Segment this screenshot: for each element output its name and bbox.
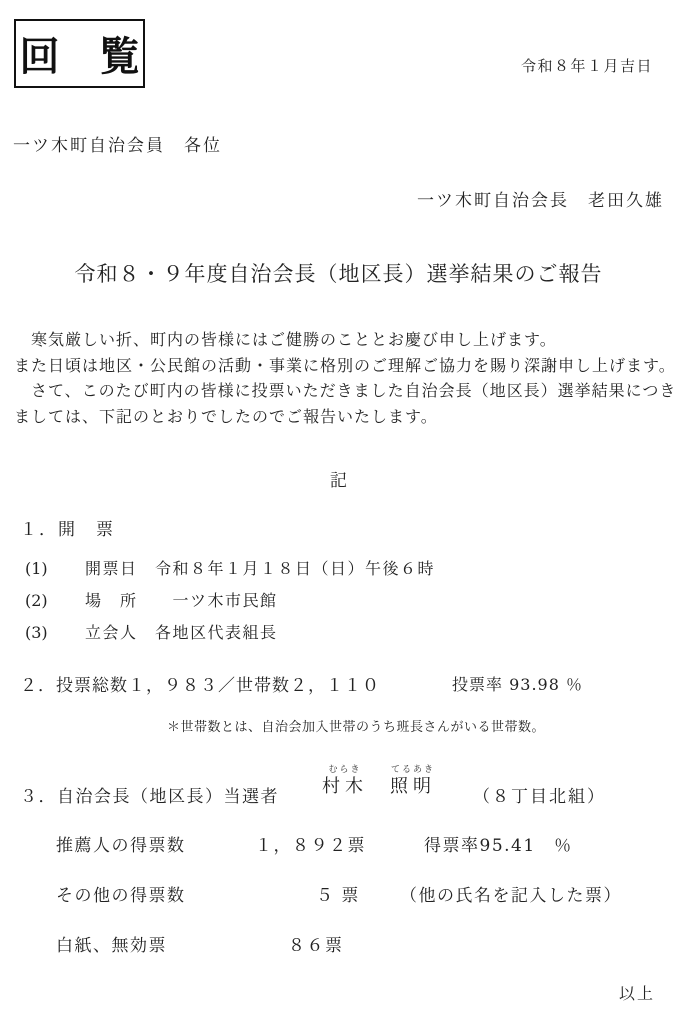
section-winner-heading: ３．自治会長（地区長）当選者: [20, 782, 279, 807]
vote-row-recommended: 推薦人の得票数 １，８９２票 得票率95.41 ％: [0, 831, 677, 855]
circulation-stamp-label: 回 覧: [20, 25, 140, 82]
body-line: ましては、下記のとおりでしたのでご報告いたします。: [14, 404, 676, 430]
vote-value: ５ 票: [316, 881, 360, 906]
item-text: 立会人 各地区代表組長: [85, 623, 278, 642]
section-opening-heading: １．開 票: [20, 515, 115, 540]
item-number: (3): [25, 623, 85, 642]
record-marker: 記: [0, 466, 677, 491]
winner-surname-unit: むらき 村木: [322, 764, 368, 798]
circular-notice-page: 回 覧 令和８年１月吉日 一ツ木町自治会員 各位 一ツ木町自治会長 老田久雄 令…: [0, 0, 677, 1024]
winner-givenname-unit: てるあき 照明: [390, 764, 436, 798]
winner-givenname-furigana: てるあき: [391, 764, 435, 776]
item-number: (2): [25, 591, 85, 610]
item-text: 場 所 一ツ木市民館: [85, 591, 278, 610]
opening-item-place: (2)場 所 一ツ木市民館: [25, 588, 278, 611]
body-line: 寒気厳しい折、町内の皆様にはご健勝のこととお慶び申し上げます。: [14, 327, 676, 353]
winner-district-group: （８丁目北組）: [473, 782, 606, 807]
winner-surname: 村木: [322, 776, 368, 798]
body-line: また日頃は地区・公民館の活動・事業に格別のご理解ご協力を賜り深謝申し上げます。: [14, 353, 676, 379]
closing-marker: 以上: [619, 981, 655, 1004]
household-note: ＊世帯数とは、自治会加入世帯のうち班長さんがいる世帯数。: [167, 716, 545, 735]
vote-row-other: その他の得票数 ５ 票 （他の氏名を記入した票）: [0, 881, 677, 905]
vote-label: 推薦人の得票数: [56, 831, 186, 856]
circulation-stamp-box: 回 覧: [14, 19, 145, 88]
item-text: 開票日 令和８年１月１８日（日）午後６時: [85, 559, 435, 578]
vote-extra: （他の氏名を記入した票）: [400, 881, 622, 906]
body-line: さて、このたび町内の皆様に投票いただきました自治会長（地区長）選挙結果につき: [14, 378, 676, 404]
document-title: 令和８・９年度自治会長（地区長）選挙結果のご報告: [0, 258, 677, 288]
document-date: 令和８年１月吉日: [521, 55, 653, 76]
vote-value: ８６票: [288, 931, 344, 956]
opening-item-witness: (3)立会人 各地区代表組長: [25, 620, 278, 643]
turnout-rate: 投票率 93.98 ％: [452, 672, 583, 695]
vote-row-blank-invalid: 白紙、無効票 ８６票: [0, 931, 677, 955]
section-totals-heading: ２．投票総数１，９８３／世帯数２，１１０: [20, 671, 380, 696]
item-number: (1): [25, 559, 85, 578]
winner-givenname: 照明: [390, 776, 436, 798]
winner-surname-furigana: むらき: [328, 764, 361, 776]
addressee-line: 一ツ木町自治会員 各位: [13, 131, 222, 156]
vote-label: 白紙、無効票: [56, 931, 167, 956]
sender-line: 一ツ木町自治会長 老田久雄: [417, 186, 664, 211]
vote-label: その他の得票数: [56, 881, 186, 906]
vote-value: １，８９２票: [255, 831, 366, 856]
vote-extra: 得票率95.41 ％: [424, 831, 573, 856]
winner-name: むらき 村木 てるあき 照明: [322, 764, 436, 798]
opening-item-date: (1)開票日 令和８年１月１８日（日）午後６時: [25, 556, 435, 579]
greeting-paragraph: 寒気厳しい折、町内の皆様にはご健勝のこととお慶び申し上げます。 また日頃は地区・…: [14, 327, 676, 429]
